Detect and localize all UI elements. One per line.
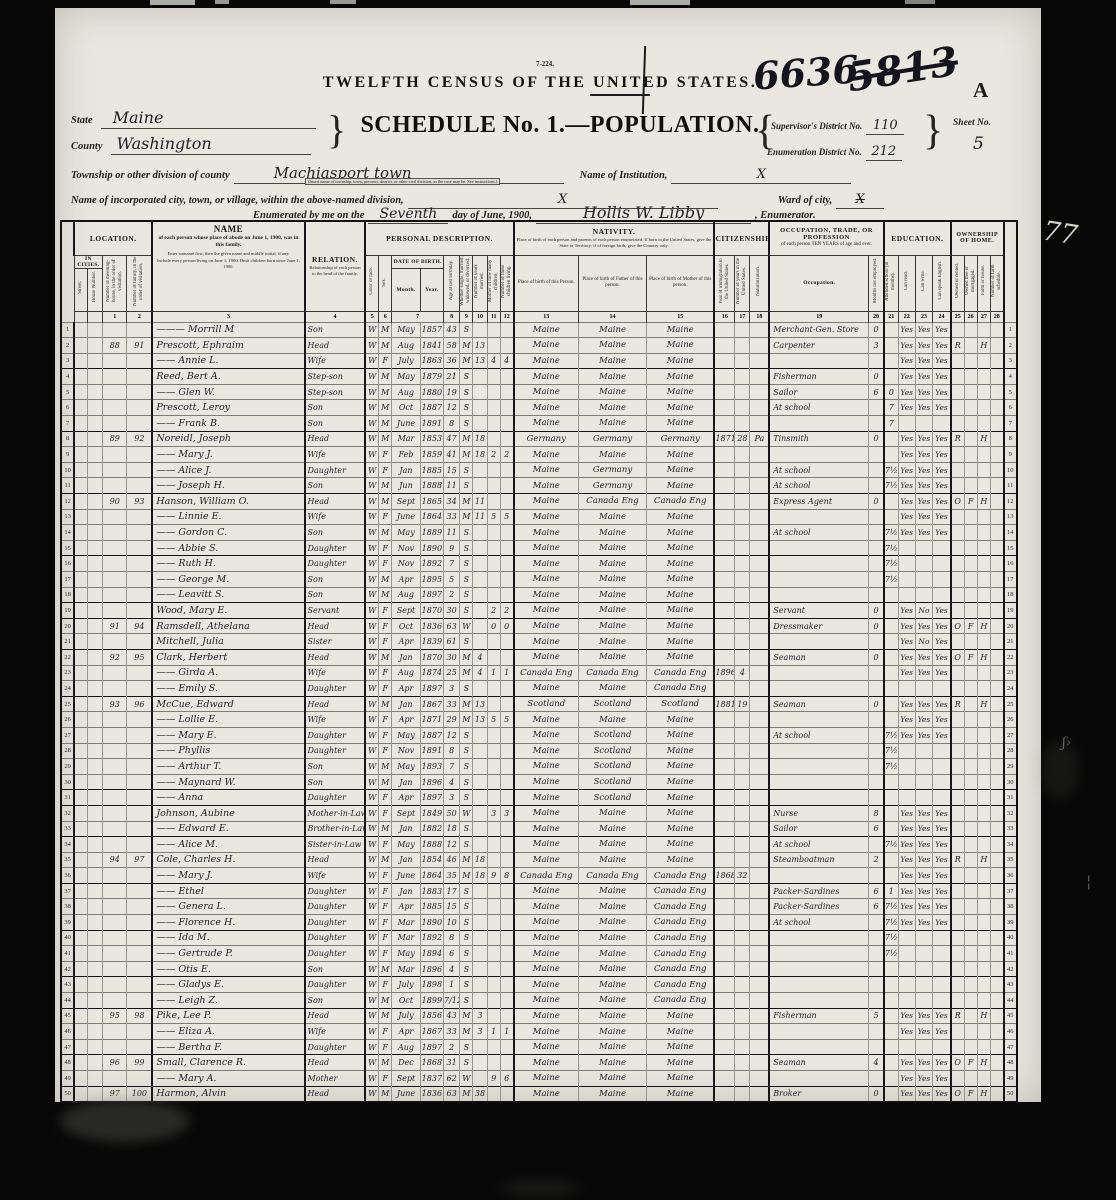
attended-school-months: 7½	[884, 727, 898, 743]
row-number: 9	[1004, 447, 1017, 463]
house-number	[87, 727, 102, 743]
can-speak-english	[933, 540, 951, 556]
row-number: 30	[61, 774, 74, 790]
months-not-employed	[869, 665, 884, 681]
farm-schedule-number	[990, 837, 1003, 853]
farm-schedule-number	[990, 353, 1003, 369]
row-number: 31	[61, 790, 74, 806]
person-name: —— Annie L.	[152, 353, 304, 369]
family-number-header: Number of family, in the order of visita…	[127, 255, 152, 311]
can-read	[898, 540, 915, 556]
months-not-employed: 0	[869, 369, 884, 385]
owned-or-rented: O	[951, 1086, 964, 1102]
person-name: Hanson, William O.	[152, 494, 304, 510]
person-name: —— Ethel	[152, 883, 304, 899]
color-race: W	[365, 525, 378, 541]
mother-of-how-many-children	[487, 790, 500, 806]
can-read: Yes	[898, 805, 915, 821]
farm-schedule-number	[990, 993, 1003, 1009]
farm-or-house: H	[977, 696, 990, 712]
row-number: 13	[1004, 509, 1017, 525]
row-number: 44	[1004, 993, 1017, 1009]
years-married	[473, 1071, 487, 1087]
sex: M	[379, 821, 392, 837]
birth-year: 1897	[420, 587, 443, 603]
row-number: 47	[1004, 1039, 1017, 1055]
years-married: 13	[473, 696, 487, 712]
dwelling-number	[103, 977, 127, 993]
house-number	[87, 603, 102, 619]
person-name: —— Gertrude P.	[152, 946, 304, 962]
years-in-us	[735, 400, 750, 416]
farm-or-house	[977, 665, 990, 681]
birthplace-father: Maine	[579, 1039, 647, 1055]
table-row: 30—— Maynard W.SonWMJan18964SMaineScotla…	[61, 774, 1017, 790]
person-name: Wood, Mary E.	[152, 603, 304, 619]
can-write: Yes	[915, 462, 932, 478]
attended-school-months: 7½	[884, 930, 898, 946]
township-note: (Insert name of township, town, precinct…	[305, 178, 500, 185]
row-number: 33	[1004, 821, 1017, 837]
owned-free-or-mortgaged	[964, 1071, 977, 1087]
family-number: 91	[127, 338, 152, 354]
sex: F	[379, 1039, 392, 1055]
attended-school-months: 7	[884, 416, 898, 432]
marital-status: S	[460, 743, 473, 759]
can-read: Yes	[898, 509, 915, 525]
birthplace-person: Maine	[514, 525, 579, 541]
person-name: —— Maynard W.	[152, 774, 304, 790]
age: 5	[444, 572, 460, 588]
immigration-year: 1871	[714, 431, 734, 447]
birth-year: 1854	[420, 852, 443, 868]
naturalization	[750, 494, 769, 510]
can-speak-english	[933, 681, 951, 697]
house-number	[87, 1086, 102, 1102]
mother-of-how-many-children	[487, 634, 500, 650]
family-number	[127, 462, 152, 478]
street	[74, 634, 87, 650]
naturalization	[750, 727, 769, 743]
birth-month: May	[392, 946, 420, 962]
marital-status: S	[460, 556, 473, 572]
immigration-year: 1868	[714, 868, 734, 884]
naturalization	[750, 416, 769, 432]
can-speak-english: Yes	[933, 1008, 951, 1024]
birthplace-person: Maine	[514, 462, 579, 478]
years-in-us	[735, 509, 750, 525]
age: 34	[444, 494, 460, 510]
attended-school-months: 7½	[884, 572, 898, 588]
sex: F	[379, 462, 392, 478]
years-in-us: 4	[735, 665, 750, 681]
person-name: Reed, Bert A.	[152, 369, 304, 385]
farm-or-house	[977, 712, 990, 728]
row-number: 35	[1004, 852, 1017, 868]
naturalization	[750, 665, 769, 681]
dwelling-number	[103, 447, 127, 463]
can-read: Yes	[898, 384, 915, 400]
can-write: Yes	[915, 727, 932, 743]
color-race: W	[365, 837, 378, 853]
years-in-us	[735, 603, 750, 619]
years-in-us	[735, 946, 750, 962]
immigration-year	[714, 930, 734, 946]
birth-year: 1898	[420, 977, 443, 993]
age: 7/12	[444, 993, 460, 1009]
sex: M	[379, 961, 392, 977]
farm-or-house	[977, 790, 990, 806]
relation: Mother-in-Law	[305, 805, 366, 821]
row-number: 12	[1004, 494, 1017, 510]
owned-or-rented: O	[951, 649, 964, 665]
table-row: 39—— Florence H.DaughterWFMar189010SMain…	[61, 915, 1017, 931]
can-read	[898, 572, 915, 588]
sheet-letter: A	[973, 78, 988, 103]
mother-of-how-many-children	[487, 946, 500, 962]
color-race: W	[365, 727, 378, 743]
months-not-employed	[869, 759, 884, 775]
owned-rented-header: Owned or rented.	[951, 255, 964, 311]
naturalization	[750, 556, 769, 572]
can-speak-english: Yes	[933, 509, 951, 525]
can-read: Yes	[898, 727, 915, 743]
dwelling-number: 95	[103, 1008, 127, 1024]
row-number: 29	[1004, 759, 1017, 775]
dwelling-number: 92	[103, 649, 127, 665]
age: 31	[444, 1055, 460, 1071]
can-read: Yes	[898, 634, 915, 650]
farm-or-house	[977, 603, 990, 619]
owned-free-or-mortgaged	[964, 946, 977, 962]
stray-pen-mark	[590, 94, 650, 96]
farm-or-house-header: Farm or house.	[977, 255, 990, 311]
family-number	[127, 400, 152, 416]
relation: Head	[305, 1055, 366, 1071]
color-race: W	[365, 384, 378, 400]
family-number	[127, 603, 152, 619]
person-name: —— Eliza A.	[152, 1024, 304, 1040]
can-write	[915, 416, 932, 432]
mother-of-how-many-children	[487, 587, 500, 603]
row-number: 13	[61, 509, 74, 525]
family-number	[127, 509, 152, 525]
census-form-paper: 7-224. TWELFTH CENSUS OF THE UNITED STAT…	[55, 8, 1041, 1102]
immigration-year	[714, 899, 734, 915]
row-number: 14	[61, 525, 74, 541]
can-speak-english: Yes	[933, 727, 951, 743]
sex: M	[379, 478, 392, 494]
marital-status: S	[460, 369, 473, 385]
birthplace-father: Scotland	[579, 774, 647, 790]
birth-month: Apr	[392, 712, 420, 728]
birthplace-person: Maine	[514, 478, 579, 494]
row-number: 41	[1004, 946, 1017, 962]
scan-fragment	[905, 0, 935, 4]
table-row: 5097100Harmon, AlvinHeadWMJune183663M38M…	[61, 1086, 1017, 1102]
can-read: Yes	[898, 1071, 915, 1087]
person-name: —— Alice J.	[152, 462, 304, 478]
birth-month: Nov	[392, 556, 420, 572]
owned-free-or-mortgaged	[964, 852, 977, 868]
relation: Daughter	[305, 946, 366, 962]
months-not-employed: 6	[869, 821, 884, 837]
birthplace-mother: Canada Eng	[646, 899, 714, 915]
farm-schedule-number	[990, 852, 1003, 868]
birthplace-mother: Maine	[646, 727, 714, 743]
scan-smudge	[60, 1100, 190, 1142]
children-living-header: Number of these children living.	[500, 255, 513, 311]
marital-status: S	[460, 899, 473, 915]
relation: Son	[305, 993, 366, 1009]
farm-or-house	[977, 447, 990, 463]
birth-year: 1896	[420, 774, 443, 790]
relation: Daughter	[305, 977, 366, 993]
family-number	[127, 665, 152, 681]
row-number: 9	[61, 447, 74, 463]
can-write: Yes	[915, 696, 932, 712]
owned-or-rented	[951, 1039, 964, 1055]
birthplace-person: Maine	[514, 618, 579, 634]
years-married: 11	[473, 509, 487, 525]
can-speak-english: Yes	[933, 868, 951, 884]
birthplace-person: Maine	[514, 837, 579, 853]
can-write	[915, 977, 932, 993]
birthplace-person: Maine	[514, 727, 579, 743]
naturalization	[750, 915, 769, 931]
marital-status: M	[460, 696, 473, 712]
relation: Wife	[305, 509, 366, 525]
owned-free-or-mortgaged	[964, 727, 977, 743]
can-write: Yes	[915, 478, 932, 494]
person-name: Prescott, Leroy	[152, 400, 304, 416]
birth-month: Apr	[392, 790, 420, 806]
birthplace-person: Maine	[514, 1055, 579, 1071]
years-married	[473, 821, 487, 837]
row-number: 33	[61, 821, 74, 837]
farm-schedule-number	[990, 338, 1003, 354]
row-number: 50	[61, 1086, 74, 1102]
row-number: 46	[1004, 1024, 1017, 1040]
marital-status: S	[460, 915, 473, 931]
owned-free-or-mortgaged	[964, 572, 977, 588]
owned-or-rented	[951, 899, 964, 915]
attended-school-months	[884, 494, 898, 510]
col-num: 21	[884, 311, 898, 322]
immigration-year	[714, 509, 734, 525]
immigration-year	[714, 447, 734, 463]
occupation: Steamboatman	[769, 852, 868, 868]
age: 30	[444, 603, 460, 619]
owned-or-rented	[951, 946, 964, 962]
dwelling-number	[103, 384, 127, 400]
birthplace-person: Maine	[514, 930, 579, 946]
dwelling-number	[103, 883, 127, 899]
birthplace-person: Maine	[514, 556, 579, 572]
age: 25	[444, 665, 460, 681]
children-living: 5	[500, 509, 513, 525]
birth-year: 1859	[420, 447, 443, 463]
mother-of-how-many-children	[487, 883, 500, 899]
dwelling-number	[103, 462, 127, 478]
can-write: Yes	[915, 618, 932, 634]
owned-or-rented	[951, 556, 964, 572]
birth-year-header: Year.	[420, 268, 443, 311]
birthplace-mother: Canada Eng	[646, 915, 714, 931]
years-in-us	[735, 618, 750, 634]
can-speak-english	[933, 946, 951, 962]
can-speak-english	[933, 993, 951, 1009]
birth-year: 1887	[420, 400, 443, 416]
birth-month: May	[392, 759, 420, 775]
can-write: Yes	[915, 837, 932, 853]
mother-of-how-many-children: 5	[487, 509, 500, 525]
birth-month-header: Month.	[392, 268, 420, 311]
occupation: At school	[769, 727, 868, 743]
col-num: 24	[933, 311, 951, 322]
row-number: 3	[61, 353, 74, 369]
birth-month: May	[392, 369, 420, 385]
attended-school-months: 7½	[884, 837, 898, 853]
occupation	[769, 1024, 868, 1040]
mother-of-how-many-children	[487, 1039, 500, 1055]
age: 18	[444, 821, 460, 837]
house-number	[87, 447, 102, 463]
family-number	[127, 447, 152, 463]
owned-free-or-mortgaged	[964, 353, 977, 369]
mother-of-how-many-children	[487, 821, 500, 837]
sex: F	[379, 883, 392, 899]
attended-school-months: 7½	[884, 556, 898, 572]
farm-schedule-number	[990, 322, 1003, 338]
can-read: Yes	[898, 618, 915, 634]
family-number: 93	[127, 494, 152, 510]
sex: M	[379, 322, 392, 338]
farm-schedule-number	[990, 540, 1003, 556]
children-living	[500, 930, 513, 946]
birthplace-father: Maine	[579, 338, 647, 354]
col-num: 5	[365, 311, 378, 322]
naturalization	[750, 447, 769, 463]
can-write: Yes	[915, 525, 932, 541]
age: 11	[444, 478, 460, 494]
marital-status: S	[460, 587, 473, 603]
years-married	[473, 1039, 487, 1055]
column-number-row: 1 2 3 4 5 6 7 8 9 10 11 12 13 14 15 16 1…	[61, 311, 1017, 322]
farm-schedule-number	[990, 447, 1003, 463]
years-in-us	[735, 322, 750, 338]
house-number	[87, 899, 102, 915]
marital-status: S	[460, 821, 473, 837]
row-number: 7	[1004, 416, 1017, 432]
family-number	[127, 977, 152, 993]
family-number	[127, 946, 152, 962]
township-label: Township or other division of county	[71, 170, 230, 181]
relation: Step-son	[305, 369, 366, 385]
can-write: Yes	[915, 353, 932, 369]
attended-school-months: 7½	[884, 915, 898, 931]
sex: M	[379, 587, 392, 603]
farm-schedule-number	[990, 587, 1003, 603]
owned-or-rented: R	[951, 431, 964, 447]
farm-schedule-number	[990, 556, 1003, 572]
children-living	[500, 946, 513, 962]
sex: F	[379, 681, 392, 697]
row-number: 15	[1004, 540, 1017, 556]
person-name: —— Ruth H.	[152, 556, 304, 572]
street	[74, 649, 87, 665]
table-row: 38—— Genera L.DaughterWFApr188515SMaineM…	[61, 899, 1017, 915]
row-number: 48	[1004, 1055, 1017, 1071]
children-living	[500, 837, 513, 853]
relation: Daughter	[305, 790, 366, 806]
relation: Head	[305, 696, 366, 712]
farm-or-house	[977, 384, 990, 400]
birth-month: Nov	[392, 743, 420, 759]
age: 7	[444, 759, 460, 775]
months-not-employed	[869, 946, 884, 962]
relation: Daughter	[305, 743, 366, 759]
farm-or-house	[977, 416, 990, 432]
relation: Daughter	[305, 930, 366, 946]
row-number: 15	[61, 540, 74, 556]
birth-month: Jan	[392, 821, 420, 837]
attended-school-months	[884, 774, 898, 790]
color-race: W	[365, 353, 378, 369]
street	[74, 384, 87, 400]
owned-free-or-mortgaged	[964, 416, 977, 432]
dwelling-number: 90	[103, 494, 127, 510]
mother-of-how-many-children	[487, 993, 500, 1009]
birth-month: Apr	[392, 899, 420, 915]
table-row: 5—— Glen W.Step-sonWMAug188019SMaineMain…	[61, 384, 1017, 400]
years-in-us: 32	[735, 868, 750, 884]
birth-year: 1888	[420, 478, 443, 494]
age: 8	[444, 930, 460, 946]
owned-or-rented	[951, 478, 964, 494]
street	[74, 883, 87, 899]
farm-or-house	[977, 478, 990, 494]
sheet-label: Sheet No.	[953, 118, 991, 128]
family-number	[127, 540, 152, 556]
row-number: 4	[1004, 369, 1017, 385]
birth-year: 1868	[420, 1055, 443, 1071]
immigration-year	[714, 743, 734, 759]
house-number	[87, 572, 102, 588]
can-speak-english: Yes	[933, 665, 951, 681]
col-num: 13	[514, 311, 579, 322]
color-race: W	[365, 369, 378, 385]
age: 4	[444, 961, 460, 977]
farm-schedule-number	[990, 868, 1003, 884]
attended-school-months: 7½	[884, 525, 898, 541]
sex: M	[379, 416, 392, 432]
location-group-header: LOCATION.	[74, 221, 152, 255]
sex: F	[379, 930, 392, 946]
can-write	[915, 790, 932, 806]
street	[74, 774, 87, 790]
occupation: At school	[769, 915, 868, 931]
state-line: State Maine	[71, 108, 316, 129]
years-married: 11	[473, 494, 487, 510]
relation: Wife	[305, 665, 366, 681]
street	[74, 852, 87, 868]
dwelling-number	[103, 416, 127, 432]
house-number	[87, 712, 102, 728]
house-number	[87, 977, 102, 993]
naturalization: Pa	[750, 431, 769, 447]
owned-free-or-mortgaged	[964, 868, 977, 884]
